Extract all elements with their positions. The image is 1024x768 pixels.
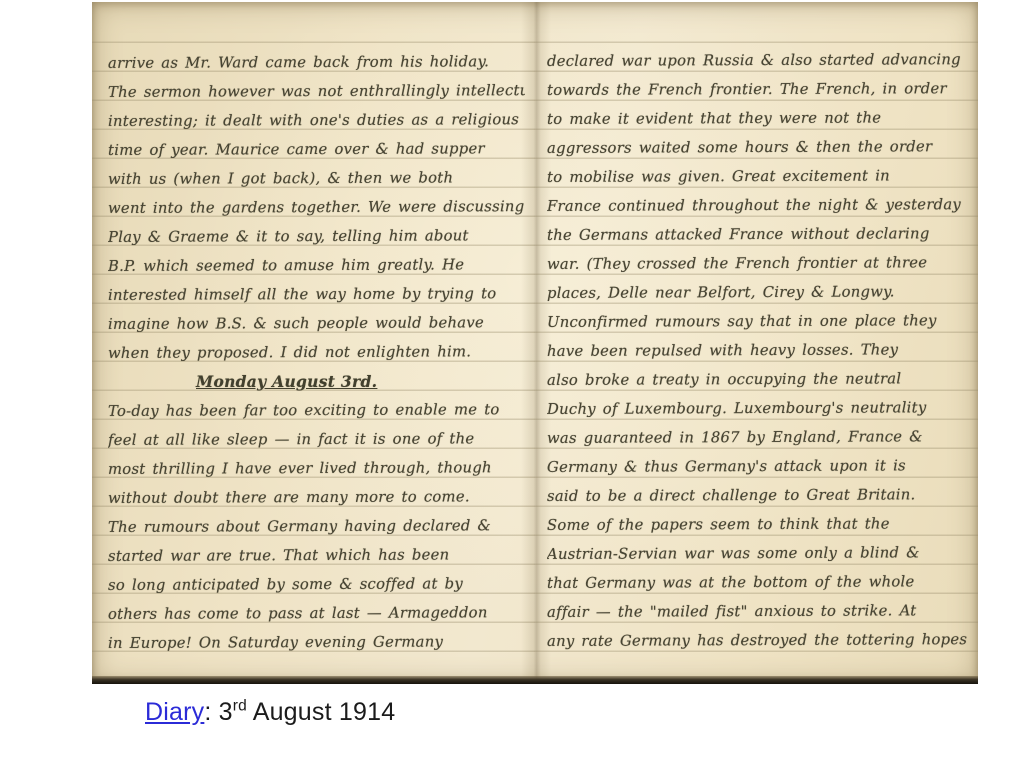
slide-canvas: arrive as Mr. Ward came back from his ho… (0, 0, 1024, 768)
caption-ordinal: rd (233, 698, 247, 715)
book-bottom-edge (92, 676, 978, 684)
handwriting-line: Play & Graeme & it to say, telling him a… (108, 221, 525, 252)
handwriting-line: places, Delle near Belfort, Cirey & Long… (547, 277, 968, 308)
handwriting-line: have been repulsed with heavy losses. Th… (547, 335, 968, 366)
handwriting-line: To-day has been far too exciting to enab… (108, 395, 525, 426)
handwriting-line: feel at all like sleep — in fact it is o… (108, 424, 525, 455)
handwriting-line: others has come to pass at last — Armage… (108, 598, 525, 629)
handwriting-line: interested himself all the way home by t… (108, 279, 525, 310)
handwriting-line: in Europe! On Saturday evening Germany (108, 627, 525, 658)
handwriting-line: The rumours about Germany having declare… (108, 511, 525, 542)
handwriting-line: aggressors waited some hours & then the … (547, 132, 968, 163)
handwriting-line: imagine how B.S. & such people would beh… (108, 308, 525, 339)
handwriting-line: declared war upon Russia & also started … (547, 45, 968, 76)
caption-rest: August 1914 (247, 698, 395, 726)
diary-link[interactable]: Diary (145, 698, 204, 726)
handwriting-line: B.P. which seemed to amuse him greatly. … (108, 250, 525, 281)
handwriting-line: without doubt there are many more to com… (108, 482, 525, 513)
handwriting-line: to mobilise was given. Great excitement … (547, 161, 968, 192)
handwriting-line: Duchy of Luxembourg. Luxembourg's neutra… (547, 393, 968, 424)
handwriting-line: France continued throughout the night & … (547, 190, 968, 221)
handwriting-line: went into the gardens together. We were … (108, 192, 525, 223)
handwriting-line: also broke a treaty in occupying the neu… (547, 364, 968, 395)
handwriting-block: declared war upon Russia & also started … (547, 46, 968, 655)
handwriting-line: with us (when I got back), & then we bot… (108, 163, 525, 194)
handwriting-line: towards the French frontier. The French,… (547, 74, 968, 105)
diary-photo: arrive as Mr. Ward came back from his ho… (92, 2, 978, 684)
diary-page-right: declared war upon Russia & also started … (535, 2, 978, 684)
handwriting-block-bottom: To-day has been far too exciting to enab… (108, 396, 525, 657)
caption-day: 3 (219, 698, 233, 726)
handwriting-line: interesting; it dealt with one's duties … (108, 105, 525, 136)
handwriting-line: to make it evident that they were not th… (547, 103, 968, 134)
handwriting-line: when they proposed. I did not enlighten … (108, 337, 525, 368)
handwriting-line: time of year. Maurice came over & had su… (108, 134, 525, 165)
diary-entry-heading: Monday August 3rd. (196, 367, 525, 396)
handwriting-line: affair — the "mailed fist" anxious to st… (547, 596, 968, 627)
handwriting-line: war. (They crossed the French frontier a… (547, 248, 968, 279)
handwriting-line: most thrilling I have ever lived through… (108, 453, 525, 484)
handwriting-line: arrive as Mr. Ward came back from his ho… (108, 47, 525, 78)
handwriting-line: Some of the papers seem to think that th… (547, 509, 968, 540)
handwriting-line: that Germany was at the bottom of the wh… (547, 567, 968, 598)
handwriting-line: the Germans attacked France without decl… (547, 219, 968, 250)
handwriting-line: any rate Germany has destroyed the totte… (547, 625, 968, 656)
caption: Diary: 3rd August 1914 (145, 698, 395, 727)
handwriting-line: so long anticipated by some & scoffed at… (108, 569, 525, 600)
handwriting-line: Austrian-Servian war was some only a bli… (547, 538, 968, 569)
handwriting-block-top: arrive as Mr. Ward came back from his ho… (108, 48, 525, 367)
handwriting-line: was guaranteed in 1867 by England, Franc… (547, 422, 968, 453)
caption-separator: : (204, 698, 218, 726)
diary-page-left: arrive as Mr. Ward came back from his ho… (92, 2, 535, 684)
handwriting-line: said to be a direct challenge to Great B… (547, 480, 968, 511)
handwriting-line: Unconfirmed rumours say that in one plac… (547, 306, 968, 337)
handwriting-line: Germany & thus Germany's attack upon it … (547, 451, 968, 482)
handwriting-line: The sermon however was not enthrallingly… (108, 76, 525, 107)
handwriting-line: started war are true. That which has bee… (108, 540, 525, 571)
